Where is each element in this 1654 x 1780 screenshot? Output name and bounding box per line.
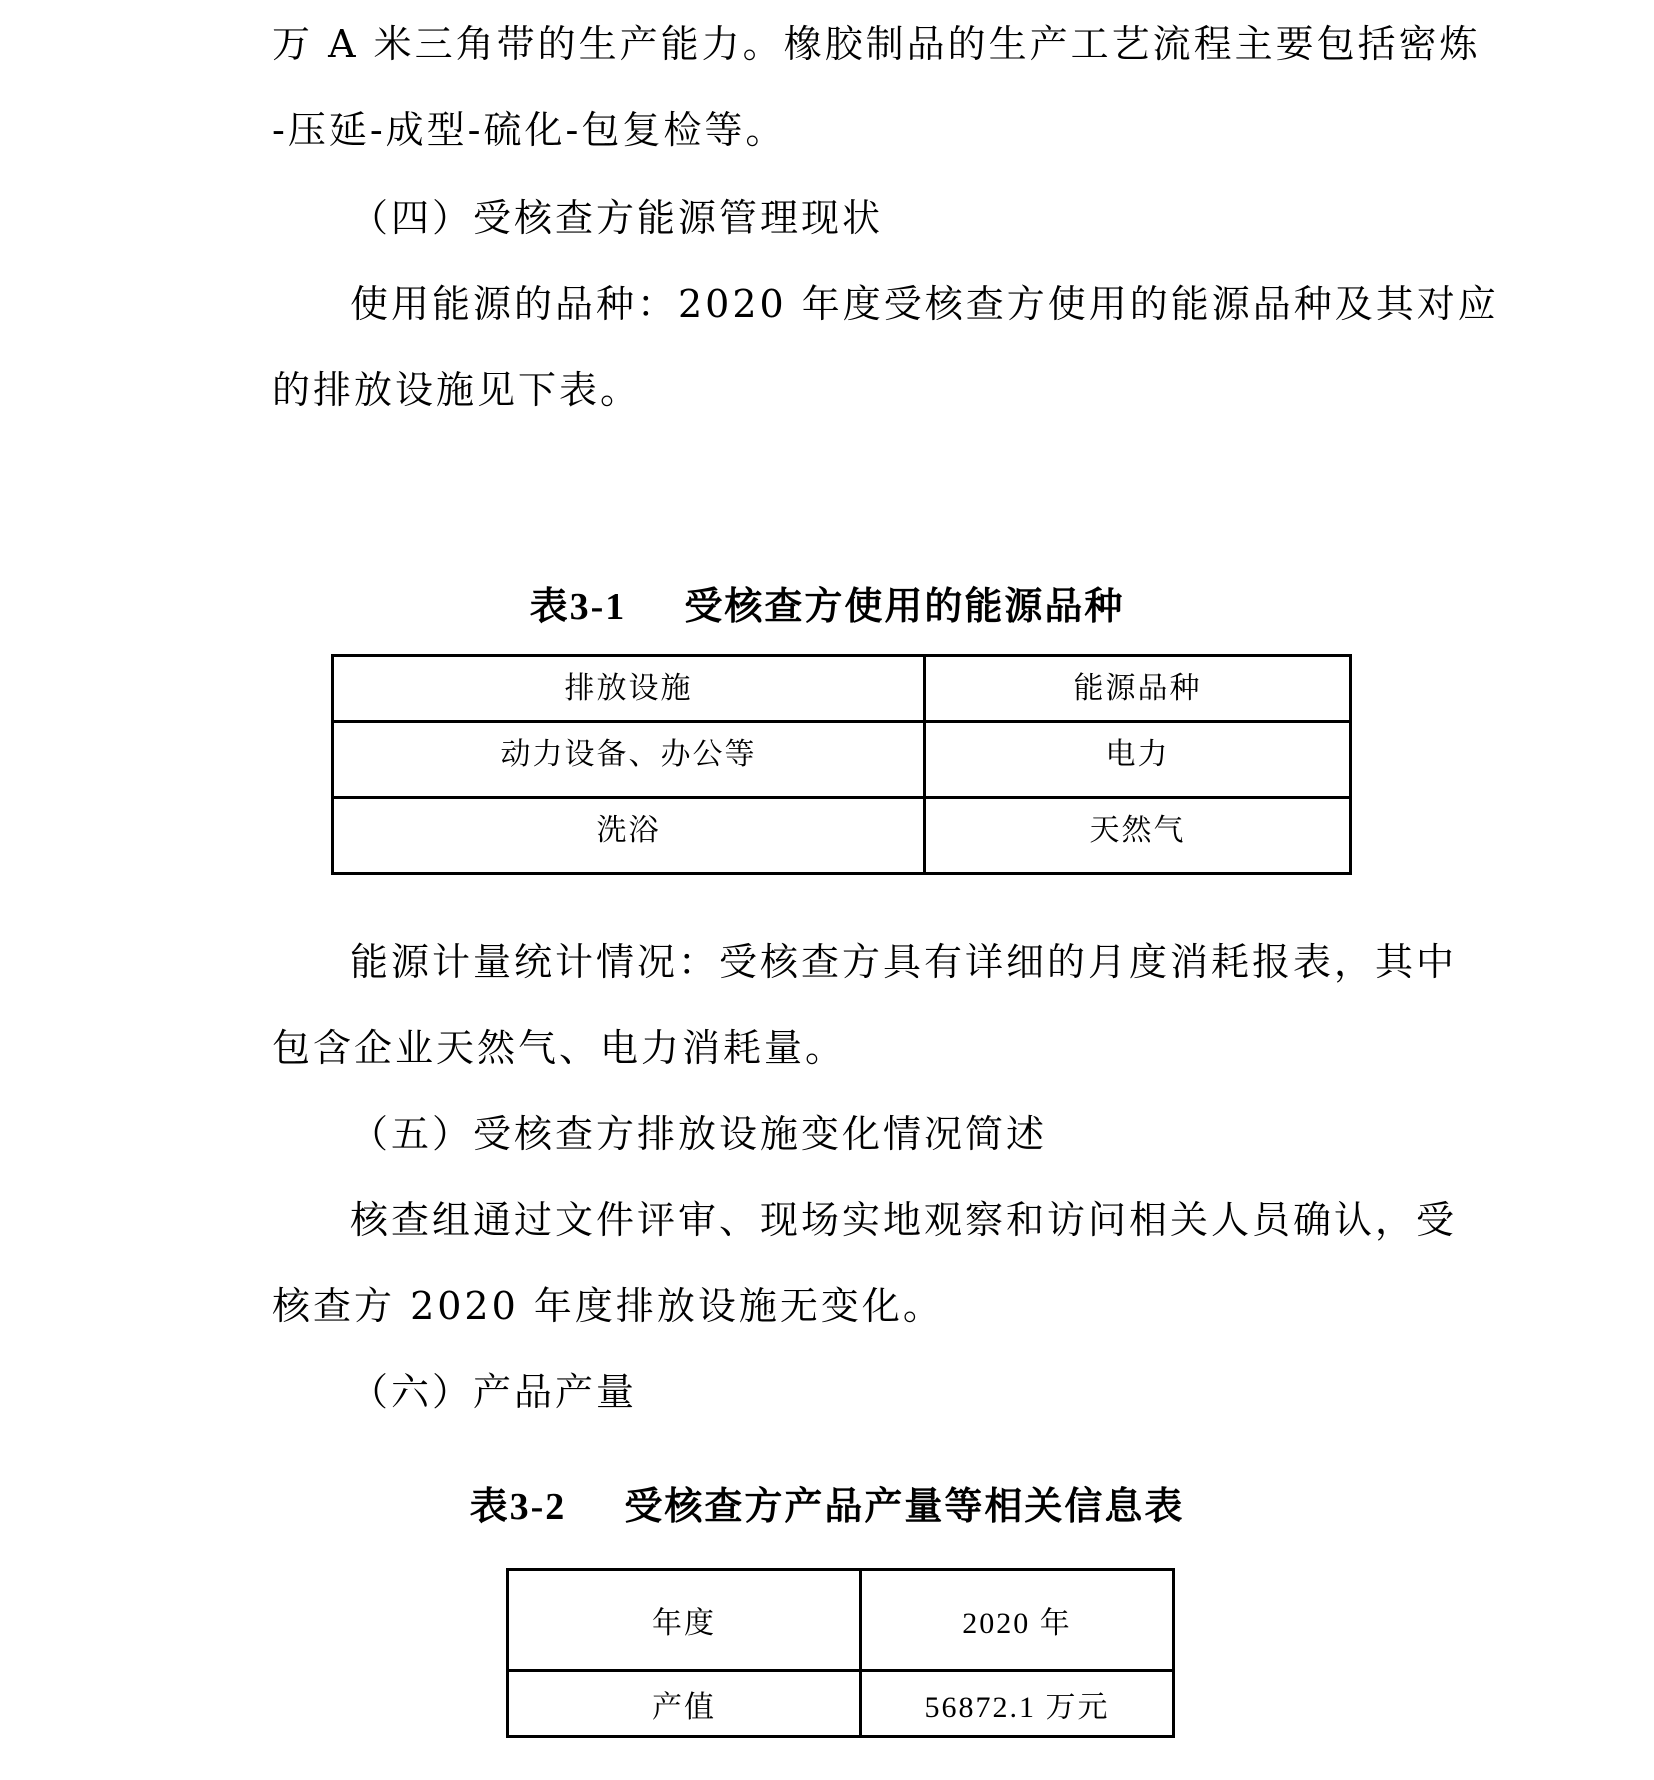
- table2-caption-number: 表3-2: [470, 1486, 567, 1528]
- paragraph-line: 能源计量统计情况：受核查方具有详细的月度消耗报表，其中: [350, 940, 1457, 984]
- table-cell: 电力: [925, 722, 1351, 798]
- paragraph-line: 万 A 米三角带的生产能力。橡胶制品的生产工艺流程主要包括密炼: [272, 22, 1481, 66]
- paragraph-line: 核查组通过文件评审、现场实地观察和访问相关人员确认，受: [350, 1198, 1457, 1242]
- table-row: 动力设备、办公等 电力: [333, 722, 1351, 798]
- paragraph-line: 使用能源的品种：2020 年度受核查方使用的能源品种及其对应: [350, 282, 1499, 326]
- table-label-cell: 年度: [508, 1570, 861, 1671]
- paragraph-line: 核查方 2020 年度排放设施无变化。: [272, 1284, 944, 1328]
- table2-caption-title: 受核查方产品产量等相关信息表: [624, 1483, 1184, 1528]
- paragraph-line: 包含企业天然气、电力消耗量。: [272, 1026, 846, 1070]
- table-cell: 动力设备、办公等: [333, 722, 925, 798]
- table-label-cell: 产值: [508, 1671, 861, 1737]
- table1-caption: 表3-1受核查方使用的能源品种: [0, 584, 1654, 629]
- table-value-cell: 2020 年: [861, 1570, 1174, 1671]
- section-heading-4: （四）受核查方能源管理现状: [350, 196, 883, 240]
- energy-types-table: 排放设施 能源品种 动力设备、办公等 电力 洗浴 天然气: [331, 654, 1352, 875]
- table-row: 产值 56872.1 万元: [508, 1671, 1174, 1737]
- table-header-cell: 排放设施: [333, 656, 925, 722]
- product-output-table: 年度 2020 年 产值 56872.1 万元: [506, 1568, 1175, 1738]
- table-row: 年度 2020 年: [508, 1570, 1174, 1671]
- paragraph-line: -压延-成型-硫化-包复检等。: [272, 108, 786, 152]
- table2-caption: 表3-2受核查方产品产量等相关信息表: [0, 1484, 1654, 1529]
- table1-caption-number: 表3-1: [530, 586, 627, 628]
- table-value-cell: 56872.1 万元: [861, 1671, 1174, 1737]
- table-header-cell: 能源品种: [925, 656, 1351, 722]
- table-cell: 洗浴: [333, 798, 925, 874]
- section-heading-5: （五）受核查方排放设施变化情况简述: [350, 1112, 1047, 1156]
- table-header-row: 排放设施 能源品种: [333, 656, 1351, 722]
- table-cell: 天然气: [925, 798, 1351, 874]
- table-row: 洗浴 天然气: [333, 798, 1351, 874]
- section-heading-6: （六）产品产量: [350, 1370, 637, 1414]
- table1-caption-title: 受核查方使用的能源品种: [684, 583, 1124, 628]
- paragraph-line: 的排放设施见下表。: [272, 368, 641, 412]
